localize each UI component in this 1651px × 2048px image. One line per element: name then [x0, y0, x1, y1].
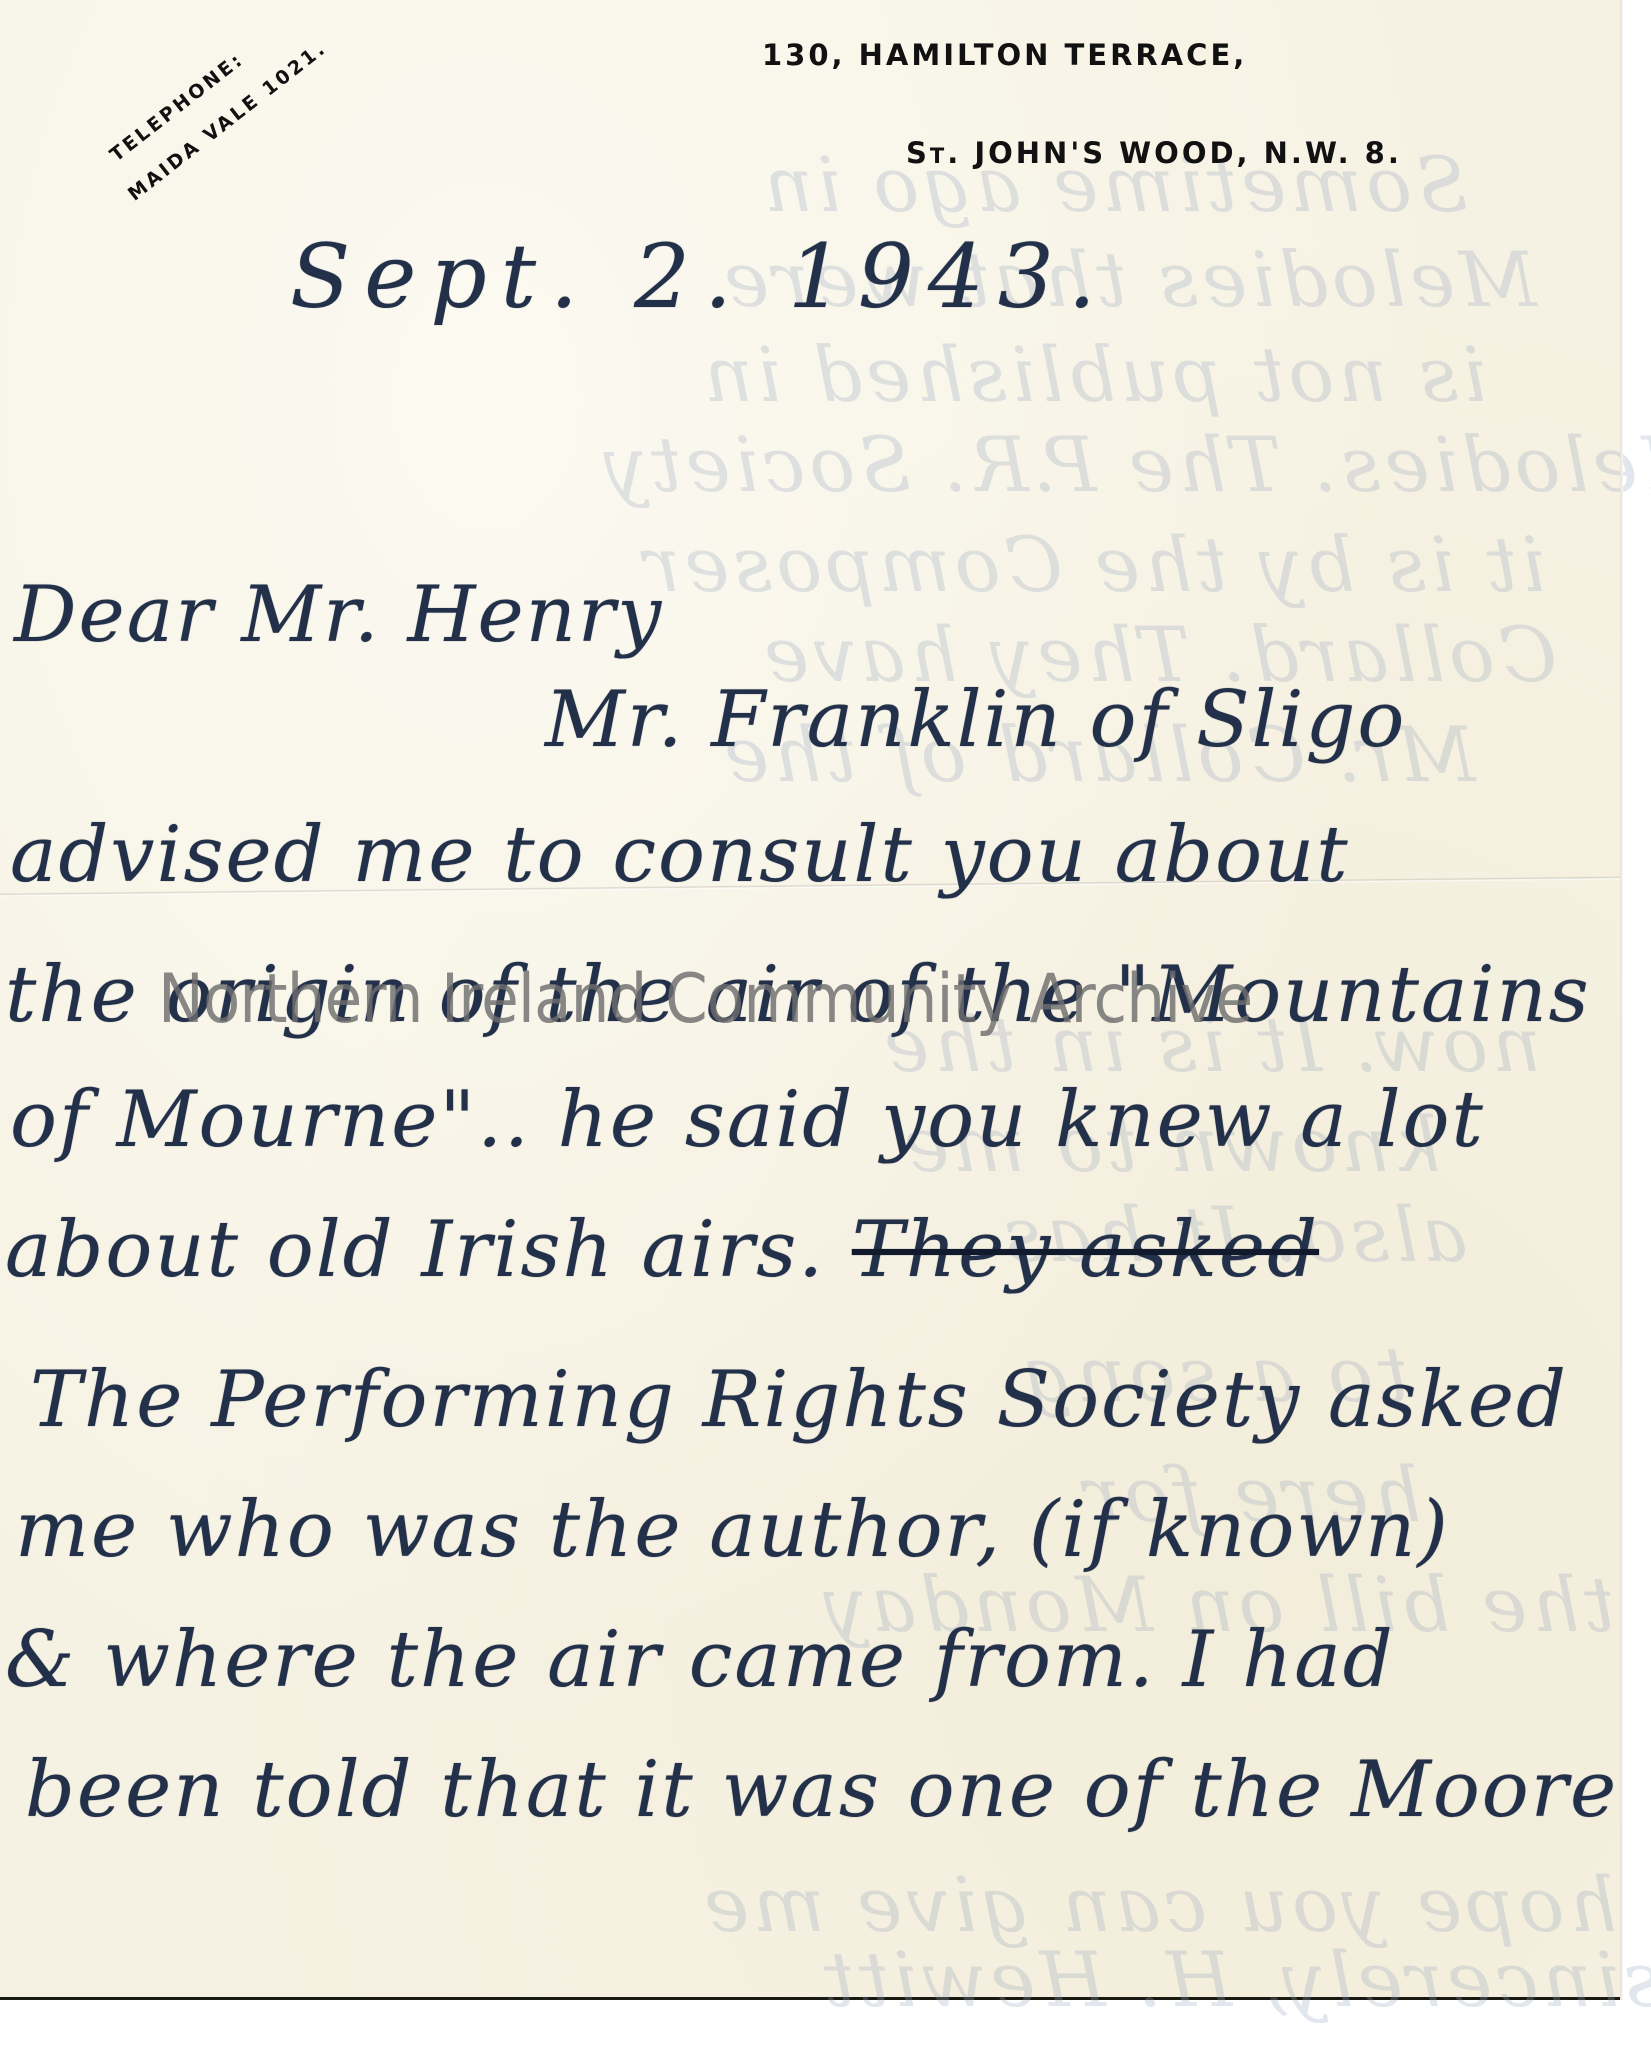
letter-salutation: Dear Mr. Henry	[14, 570, 663, 660]
letter-line: been told that it was one of the Moore	[25, 1745, 1618, 1835]
showthrough-line: is not published in	[700, 330, 1487, 419]
letter-line: me who was the author, (if known)	[15, 1485, 1450, 1575]
letter-line: about old Irish airs. They asked	[5, 1205, 1319, 1295]
archive-watermark: Northern Ireland Community Archive	[158, 960, 1252, 1039]
showthrough-line: it is by the Composer	[640, 520, 1546, 609]
struck-through-text: They asked	[852, 1205, 1319, 1295]
letter-line: of Mourne".. he said you knew a lot	[10, 1075, 1485, 1165]
letter-date: Sept. 2. 1943.	[290, 225, 1110, 328]
letter-paper: Sometime ago in Melodies that were is no…	[0, 0, 1622, 2000]
letter-line: Mr. Franklin of Sligo	[545, 675, 1406, 765]
letter-line: The Performing Rights Society asked	[30, 1355, 1568, 1445]
letter-line: & where the air came from. I had	[5, 1615, 1395, 1705]
letter-line: advised me to consult you about	[10, 810, 1350, 900]
showthrough-line: hope you can give me	[700, 1860, 1617, 1949]
letterhead-address-line-1: 130, HAMILTON TERRACE,	[762, 38, 1247, 72]
showthrough-line: sincerely, H. Hewitt	[820, 1935, 1651, 2024]
letterhead-telephone: TELEPHONE: MAIDA VALE 1021.	[0, 0, 360, 255]
paper-edge	[1620, 0, 1623, 2000]
letter-line-text: about old Irish airs.	[5, 1205, 825, 1295]
showthrough-line: Melodies. The P.R. Society	[600, 420, 1651, 509]
letterhead-address-line-2: ST. JOHN'S WOOD, N.W. 8.	[906, 136, 1402, 170]
address-superscript: T	[930, 144, 947, 168]
address-prefix: S	[906, 136, 930, 170]
address-rest: . JOHN'S WOOD, N.W. 8.	[947, 136, 1402, 170]
